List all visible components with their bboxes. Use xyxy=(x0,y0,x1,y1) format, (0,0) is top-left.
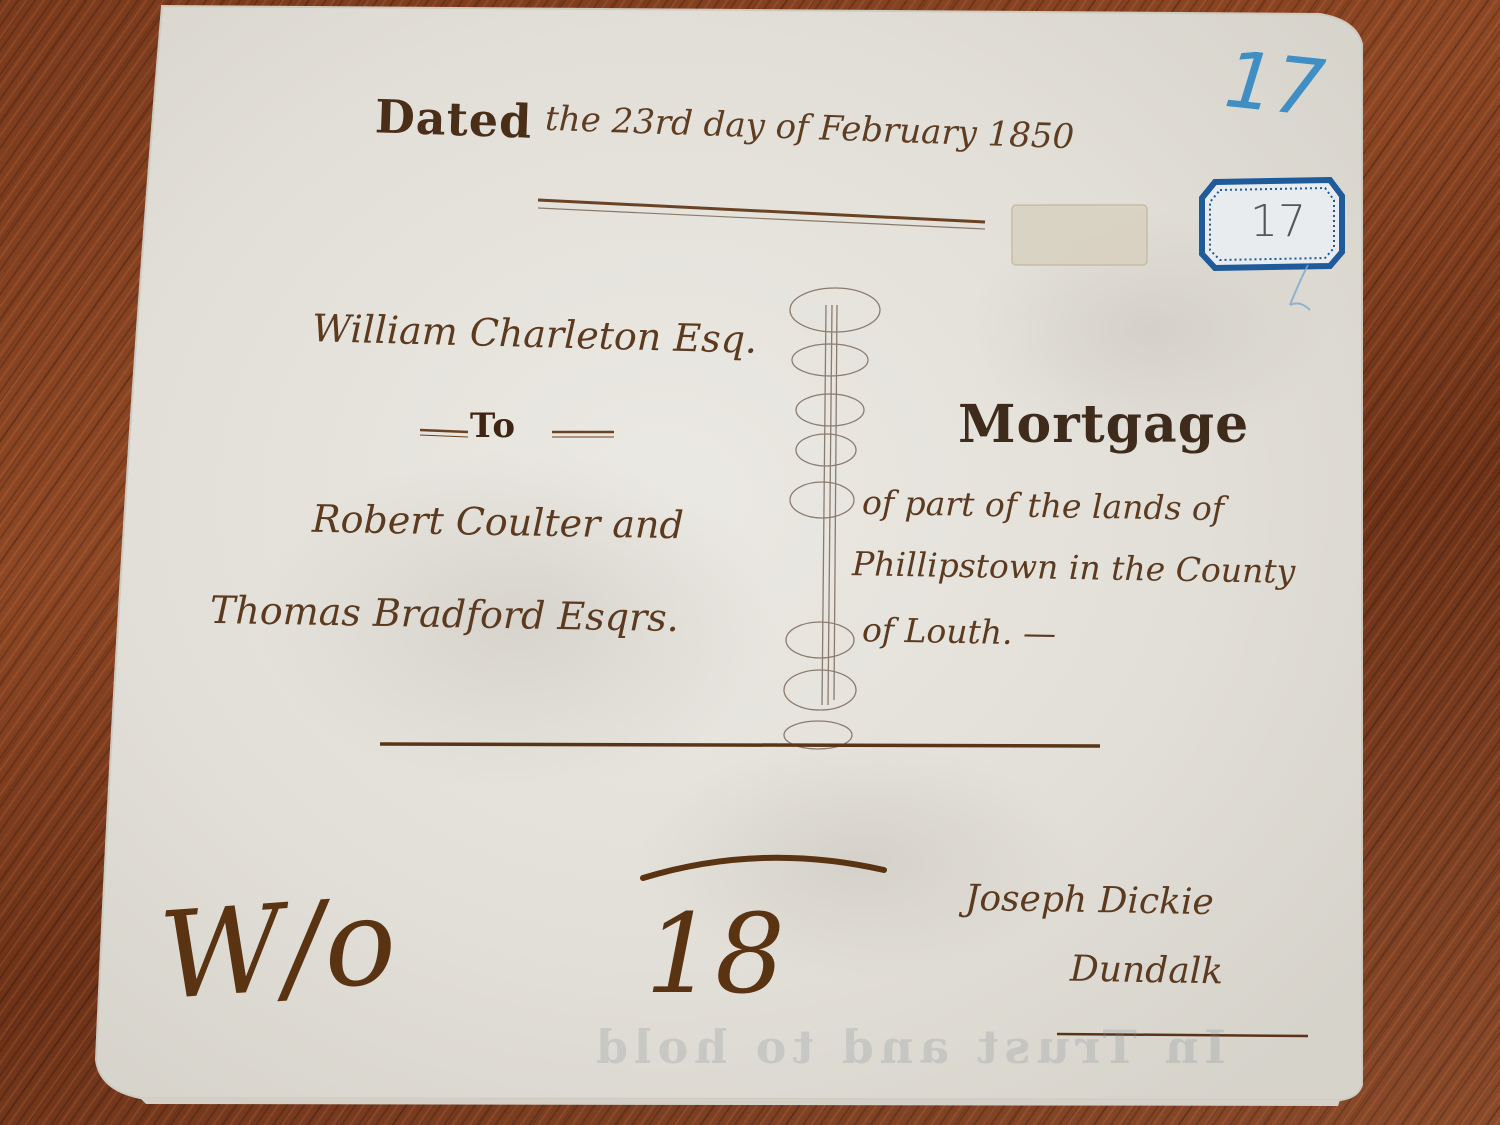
archive-label-number: 17 xyxy=(1250,196,1306,247)
document-photo: Dated the 23rd day of February 1850 17 1… xyxy=(0,0,1500,1125)
description-line-2: Phillipstown in the County xyxy=(852,544,1296,591)
tape-residue xyxy=(1012,205,1147,265)
solicitor-town: Dundalk xyxy=(1070,949,1224,993)
solicitor-name: Joseph Dickie xyxy=(965,878,1214,923)
dated-heading: Dated xyxy=(374,89,533,148)
mortgagees-line-1: Robert Coulter and xyxy=(312,497,685,547)
mortgagees-line-2: Thomas Bradford Esqrs. xyxy=(210,588,680,640)
handwritten-number: 18 xyxy=(645,890,785,1018)
blue-pencil-number: 17 xyxy=(1221,35,1329,135)
bleed-through-text: In Trust and to hold xyxy=(590,1020,1226,1074)
connector-to: To xyxy=(470,406,516,446)
handwritten-mark: W/o xyxy=(155,872,400,1027)
description-line-1: of part of the lands of xyxy=(862,483,1225,528)
description-line-3: of Louth. — xyxy=(862,610,1057,652)
document-title: Mortgage xyxy=(958,394,1249,455)
